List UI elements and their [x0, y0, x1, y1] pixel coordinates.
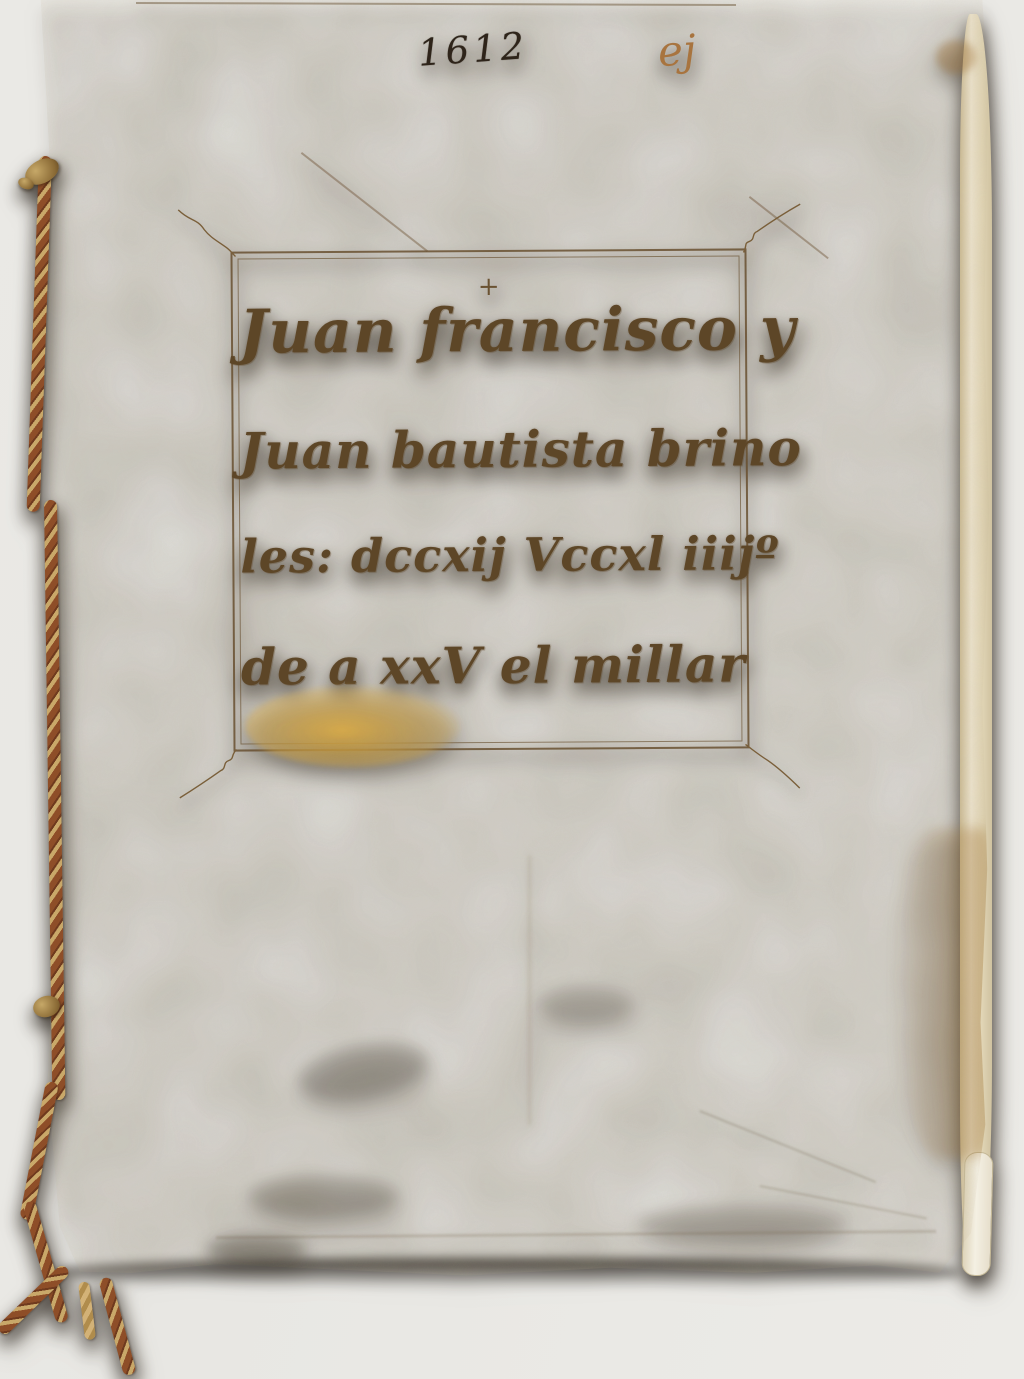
vertical-crease — [528, 855, 531, 1125]
title-line-3: les: dccxij Vccxl iiijº — [240, 526, 740, 583]
smudge — [206, 1235, 306, 1265]
bottom-crease — [216, 1230, 936, 1239]
title-line-2: Juan bautista brino — [240, 418, 740, 480]
crack-line-left — [301, 152, 428, 252]
title-frame: + Juan francisco y Juan bautista brino l… — [230, 248, 749, 751]
smudge — [538, 985, 633, 1023]
shelfmark-inscription: ej — [657, 25, 697, 76]
grease-stain — [245, 684, 460, 767]
corner-flourish-top-left — [176, 208, 236, 258]
manuscript-book: 1612 ej + Juan francisco y Juan bautista… — [0, 0, 1024, 1379]
smudge — [248, 1175, 398, 1217]
cord-tail — [78, 1281, 96, 1340]
scanned-document: 1612 ej + Juan francisco y Juan bautista… — [0, 0, 1024, 1379]
cord-tail — [19, 1081, 58, 1221]
smudge — [636, 1205, 846, 1241]
water-stain — [892, 828, 992, 1158]
top-fold-crease — [136, 2, 736, 6]
cord-tail — [98, 1276, 136, 1376]
wrinkle-line — [699, 1110, 876, 1183]
corner-flourish-bottom-right — [743, 742, 801, 790]
corner-flourish-bottom-left — [178, 748, 240, 800]
title-line-1: Juan francisco y — [239, 294, 739, 367]
parchment-cover: 1612 ej + Juan francisco y Juan bautista… — [36, 0, 992, 1278]
smudge — [294, 1034, 431, 1108]
edge-stain — [936, 40, 976, 74]
wrinkle-line — [760, 1185, 927, 1219]
corner-flourish-top-right — [740, 202, 802, 254]
date-inscription: 1612 — [417, 24, 530, 75]
